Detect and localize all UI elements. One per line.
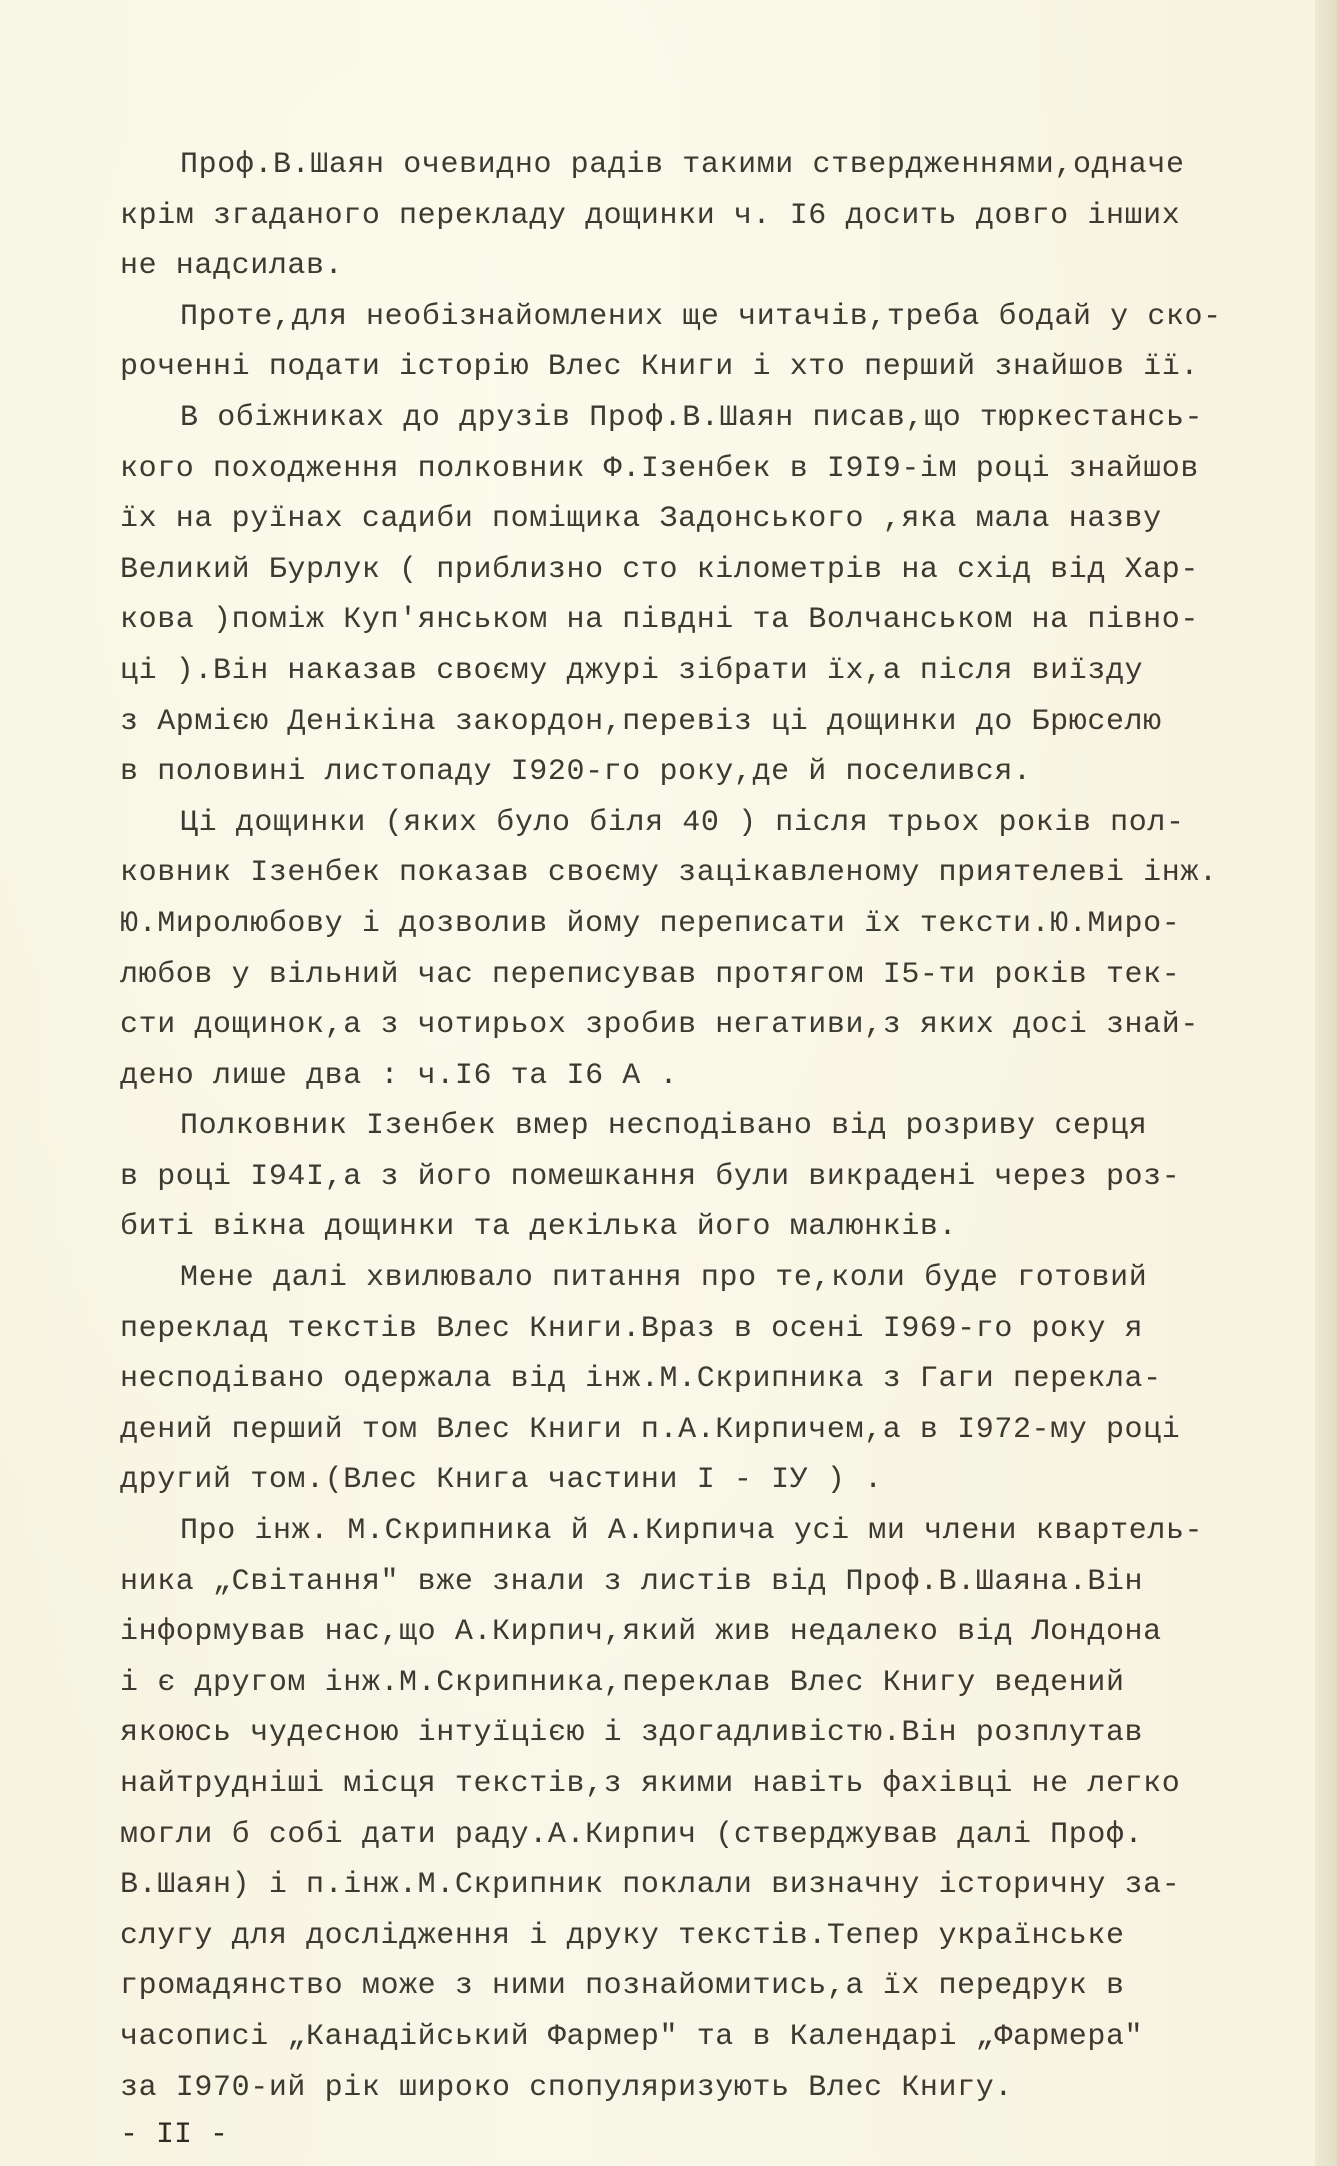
text-line: В.Шаян) і п.інж.М.Скрипник поклали визна…: [120, 1860, 1290, 1911]
text-line: Ці дощинки (яких було біля 40 ) після тр…: [120, 798, 1290, 849]
text-line: слугу для дослідження і друку текстів.Те…: [120, 1911, 1290, 1962]
text-line: їх на руїнах садиби поміщика Задонського…: [120, 494, 1290, 545]
paragraph: Мене далі хвилювало питання про те,коли …: [120, 1253, 1290, 1506]
paragraph: Проте,для необізнайомлених ще читачів,тр…: [120, 292, 1290, 393]
text-line: дений перший том Влес Книги п.А.Кирпичем…: [120, 1405, 1290, 1456]
document-body: Проф.В.Шаян очевидно радів такими стверд…: [120, 140, 1290, 2113]
paragraph: Ці дощинки (яких було біля 40 ) після тр…: [120, 798, 1290, 1102]
text-line: Проте,для необізнайомлених ще читачів,тр…: [120, 292, 1290, 343]
text-line: громадянство може з ними познайомитись,а…: [120, 1961, 1290, 2012]
text-line: ника „Світання" вже знали з листів від П…: [120, 1557, 1290, 1608]
text-line: дено лише два : ч.І6 та І6 А .: [120, 1051, 1290, 1102]
text-line: любов у вільний час переписував протягом…: [120, 950, 1290, 1001]
text-line: сти дощинок,а з чотирьох зробив негативи…: [120, 1000, 1290, 1051]
text-line: найтрудніші місця текстів,з якими навіть…: [120, 1759, 1290, 1810]
text-line: Мене далі хвилювало питання про те,коли …: [120, 1253, 1290, 1304]
text-line: кова )поміж Куп'янськом на півдні та Вол…: [120, 595, 1290, 646]
text-line: могли б собі дати раду.А.Кирпич (ствердж…: [120, 1810, 1290, 1861]
text-line: інформував нас,що А.Кирпич,який жив неда…: [120, 1607, 1290, 1658]
text-line: В обіжниках до друзів Проф.В.Шаян писав,…: [120, 393, 1290, 444]
text-line: якоюсь чудесною інтуїцією і здогадливіст…: [120, 1708, 1290, 1759]
text-line: Про інж. М.Скрипника й А.Кирпича усі ми …: [120, 1506, 1290, 1557]
text-line: другий том.(Влес Книга частини І - ІУ ) …: [120, 1455, 1290, 1506]
text-line: з Армією Денікіна закордон,перевіз ці до…: [120, 697, 1290, 748]
paragraph: Про інж. М.Скрипника й А.Кирпича усі ми …: [120, 1506, 1290, 2113]
text-line: і є другом інж.М.Скрипника,переклав Влес…: [120, 1658, 1290, 1709]
page-number: - ІІ -: [120, 2118, 228, 2152]
text-line: Проф.В.Шаян очевидно радів такими стверд…: [120, 140, 1290, 191]
text-line: ці ).Він наказав своєму джурі зібрати їх…: [120, 646, 1290, 697]
paragraph: Полковник Ізенбек вмер несподівано від р…: [120, 1101, 1290, 1253]
text-line: не надсилав.: [120, 241, 1290, 292]
text-line: Ю.Миролюбову і дозволив йому переписати …: [120, 899, 1290, 950]
text-line: в році І94І,а з його помешкання були вик…: [120, 1152, 1290, 1203]
page-edge-shadow: [1315, 0, 1337, 2166]
text-line: в половині листопаду І920-го року,де й п…: [120, 747, 1290, 798]
paragraph: В обіжниках до друзів Проф.В.Шаян писав,…: [120, 393, 1290, 798]
paragraph: Проф.В.Шаян очевидно радів такими стверд…: [120, 140, 1290, 292]
text-line: часописі „Канадійський Фармер" та в Кале…: [120, 2012, 1290, 2063]
text-line: за І970-ий рік широко спопуляризують Вле…: [120, 2063, 1290, 2114]
text-line: кого походження полковник Ф.Ізенбек в І9…: [120, 444, 1290, 495]
text-line: переклад текстів Влес Книги.Враз в осені…: [120, 1304, 1290, 1355]
text-line: роченні подати історію Влес Книги і хто …: [120, 342, 1290, 393]
text-line: крім згаданого перекладу дощинки ч. І6 д…: [120, 191, 1290, 242]
text-line: ковник Ізенбек показав своєму зацікавлен…: [120, 848, 1290, 899]
text-line: Великий Бурлук ( приблизно сто кілометрі…: [120, 545, 1290, 596]
text-line: биті вікна дощинки та декілька його малю…: [120, 1202, 1290, 1253]
text-line: Полковник Ізенбек вмер несподівано від р…: [120, 1101, 1290, 1152]
typewritten-page: Проф.В.Шаян очевидно радів такими стверд…: [0, 0, 1337, 2166]
text-line: несподівано одержала від інж.М.Скрипника…: [120, 1354, 1290, 1405]
